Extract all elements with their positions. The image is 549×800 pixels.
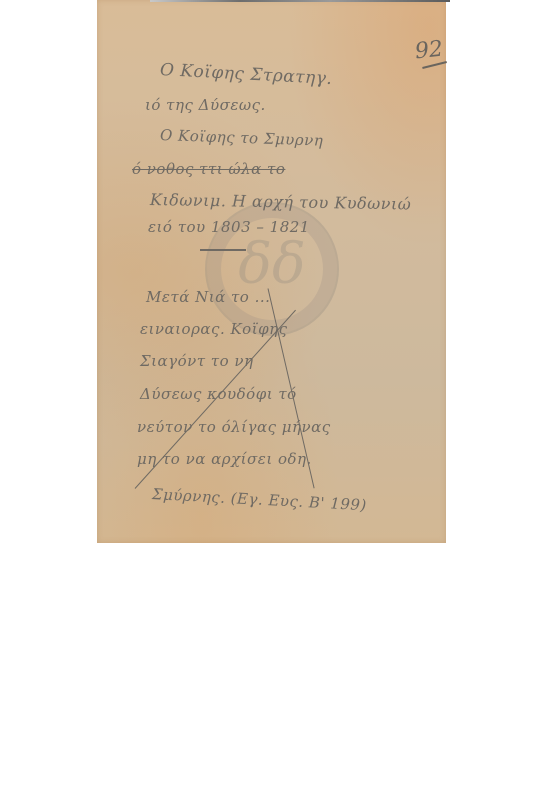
text-line-6: ειό του 1803 – 1821	[148, 218, 310, 236]
scan-edge	[150, 0, 450, 2]
text-line-4: ό νοθος ττι ώλα το	[132, 160, 285, 178]
text-line-7: Μετά Νιά το ...	[146, 288, 270, 306]
page-number: 92	[414, 37, 444, 65]
section-rule	[200, 249, 246, 251]
text-line-8: ειναιορας. Κοϊφης	[140, 320, 287, 338]
text-line-9: Σιαγόντ το νη	[140, 352, 254, 370]
text-line-12: μη το να αρχίσει οδη.	[137, 450, 312, 468]
text-line-2: ιό της Δύσεως.	[145, 96, 266, 114]
